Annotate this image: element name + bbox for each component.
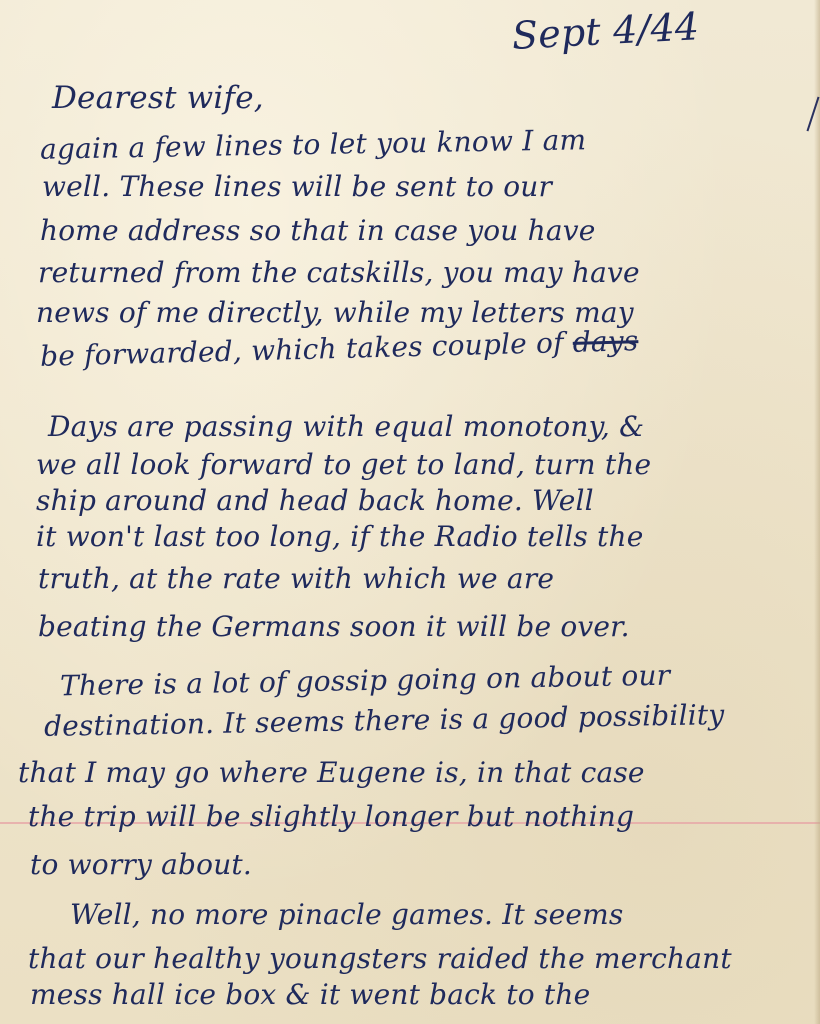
paragraph-4-line-1: Well, no more pinacle games. It seems [70,898,624,931]
paragraph-3-line-3: that I may go where Eugene is, in that c… [18,756,645,789]
paragraph-1-line-6: be forwarded, which takes couple of days [40,324,639,373]
salutation: Dearest wife, [52,80,264,116]
paragraph-3-line-1: There is a lot of gossip going on about … [60,659,671,703]
paragraph-1-line-6-text: be forwarded, which takes couple of [40,326,564,373]
paragraph-2-line-6: beating the Germans soon it will be over… [38,610,630,643]
letter-date: Sept 4/44 [511,4,700,58]
paragraph-4-line-3: mess hall ice box & it went back to the [30,978,590,1011]
paragraph-2-line-5: truth, at the rate with which we are [38,562,554,595]
paragraph-3-line-4: the trip will be slightly longer but not… [28,800,634,833]
paragraph-2-line-4: it won't last too long, if the Radio tel… [36,520,644,553]
struck-out-word: days [572,324,638,359]
paragraph-1-line-2: well. These lines will be sent to our [42,170,552,203]
paragraph-3-line-2: destination. It seems there is a good po… [44,698,725,743]
paragraph-2-line-2: we all look forward to get to land, turn… [36,448,651,481]
paper-edge [814,0,820,1024]
paragraph-4-line-2: that our healthy youngsters raided the m… [28,942,732,975]
paragraph-2-line-1: Days are passing with equal monotony, & [48,410,644,443]
paragraph-1-line-3: home address so that in case you have [40,214,596,247]
paragraph-1-line-4: returned from the catskills, you may hav… [38,256,640,289]
paragraph-1-line-1: again a few lines to let you know I am [40,123,587,166]
letter-page: Sept 4/44 Dearest wife, again a few line… [0,0,820,1024]
paragraph-1-line-5: news of me directly, while my letters ma… [36,296,634,329]
paragraph-2-line-3: ship around and head back home. Well [36,484,594,517]
paragraph-3-line-5: to worry about. [30,848,252,881]
